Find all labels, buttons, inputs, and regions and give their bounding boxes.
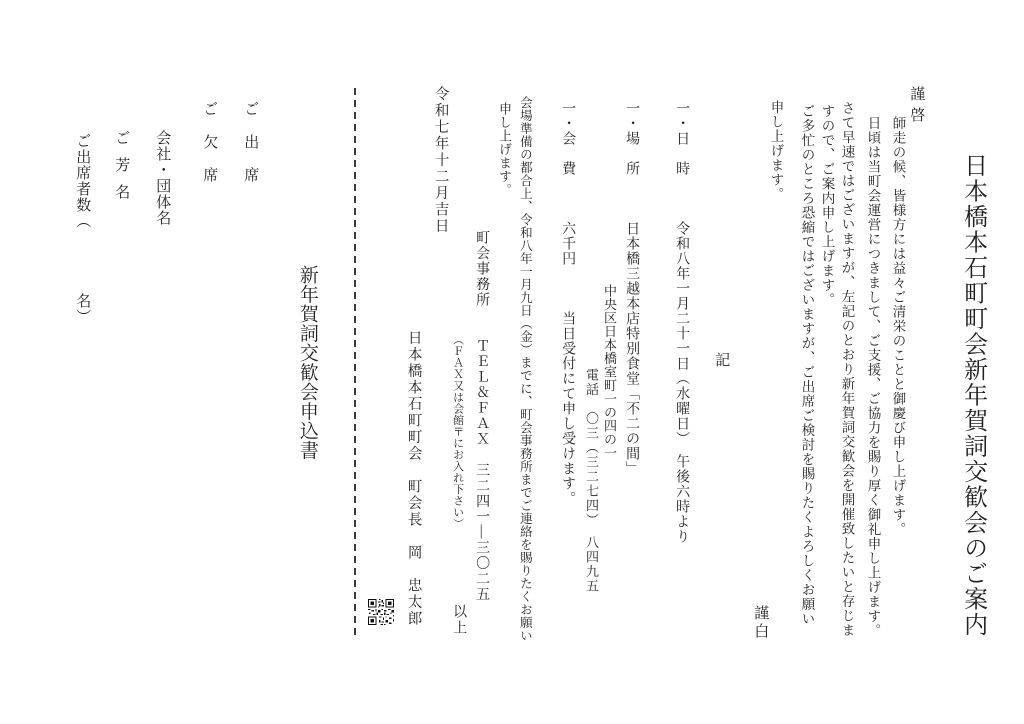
issue-date: 令和七年十二月吉日 [432,86,449,235]
note-line-1: 会場準備の都合上、令和八年一月九日（金）までに、町会事務所までご連絡を賜りたくお… [518,96,532,642]
item-fee: 一・会 費 六千円 当日受付にて申し受けます。 [559,101,575,506]
body-line-2: 日頃は当町会運営につきまして、ご支援、ご協力を賜り厚く御礼申し上げます。 [865,116,881,638]
form-field-attend: ご出席 [241,101,258,200]
document-page: 日本橋本石町町会新年賀詞交歓会のご案内 謹啓 師走の候、皆様方には益々ご清栄のこ… [0,0,1024,724]
body-line-5: ご多忙のところ恐縮ではございますが、ご出席ご検討を賜りたくよろしくお願い [799,104,815,626]
body-line-1: 師走の候、皆様方には益々ご清栄のことと御慶び申し上げます。 [890,116,906,537]
office-contact: 町会事務所 ＴＥＬ＆ＦＡＸ 三二四一―三〇二五 [473,230,489,602]
qr-code [368,599,394,625]
form-field-count: ご出席者数（ 名） [73,133,90,325]
form-field-absent: ご欠席 [200,101,217,200]
closing-word: 謹白 [751,605,768,641]
body-line-4: すので、ご案内申し上げます。 [819,104,835,307]
item-venue-address: 中央区日本橋室町一の四の一 [601,284,616,460]
body-line-6: 申し上げます。 [768,100,784,202]
sender-signature: 日本橋本石町町会 町会長 岡 忠太郎 [405,330,422,627]
record-heading: 記 [712,352,729,368]
form-field-name: ご芳名 [112,130,129,211]
end-marker: 以上 [450,604,466,636]
cut-line-divider [354,88,356,637]
item-venue-phone: 電話 〇三（三二七四） 八四九五 [583,368,598,594]
item-venue: 一・場 所 日本橋三越本店特別食堂「不二の間」 [623,101,639,476]
item-datetime: 一・日 時 令和八年一月二十一日（水曜日） 午後六時より [673,101,689,544]
office-contact-note: （ＦＡＸ又は会館〒にお入れ下さい） [451,334,464,530]
salutation: 謹啓 [907,86,924,128]
form-title: 新年賀詞交歓会申込書 [296,265,318,460]
note-line-2: 申し上げます。 [496,102,511,197]
letter-title: 日本橋本石町町会新年賀詞交歓会のご案内 [958,153,986,638]
form-field-company: 会社・団体名 [153,130,170,226]
body-line-3: さて早速ではございますが、左記のとおり新年賀詞交歓会を開催致したいと存じま [839,101,855,638]
